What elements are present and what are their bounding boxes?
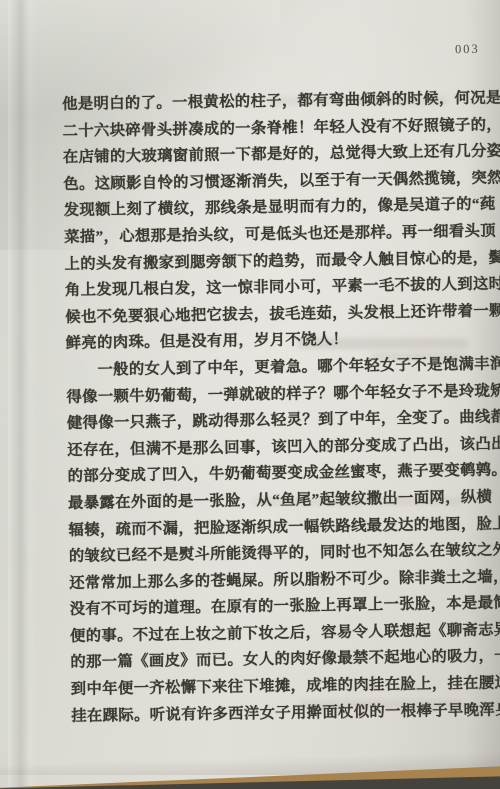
body-text: 他是明白的了。一根黄松的柱子，都有弯曲倾斜的时候，何况是 二十六块碎骨头拼凑成的… bbox=[62, 86, 481, 730]
book-page-photo: 003 他是明白的了。一根黄松的柱子，都有弯曲倾斜的时候，何况是 二十六块碎骨头… bbox=[0, 0, 500, 789]
text-line: 挂在踝际。听说有许多西洋女子用擀面杖似的一根棒子早晚浑身 bbox=[71, 698, 481, 731]
table-surface bbox=[0, 747, 500, 789]
table-shadow bbox=[0, 747, 500, 789]
page-number: 003 bbox=[455, 42, 480, 57]
page-crease-left bbox=[8, 0, 38, 789]
page-bottom-edge-shadow bbox=[0, 749, 500, 775]
